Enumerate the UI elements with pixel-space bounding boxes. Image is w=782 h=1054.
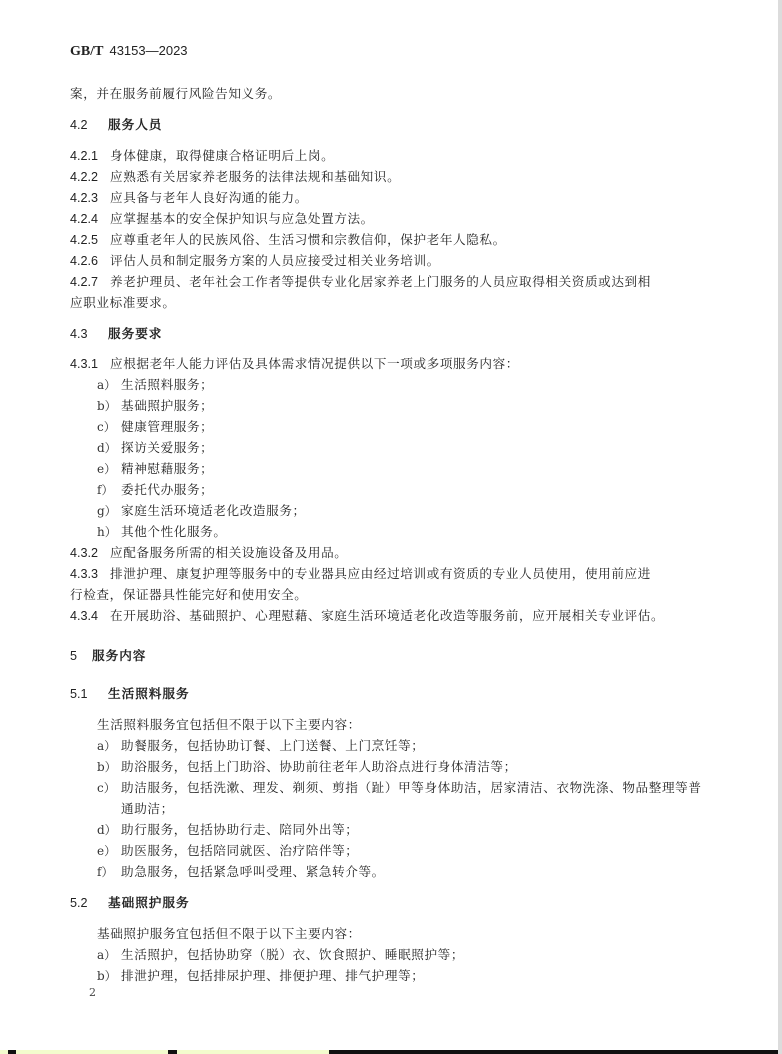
list-item-text: 家庭生活环境适老化改造服务； (121, 503, 306, 518)
list-item-text: 助浴服务，包括上门助浴、协助前往老年人助浴点进行身体清洁等； (121, 759, 517, 774)
clause-4-2-6: 4.2.6评估人员和制定服务方案的人员应接受过相关业务培训。 (70, 253, 440, 269)
bottom-strip-segment (8, 1050, 16, 1054)
list-marker: c） (97, 419, 121, 435)
clause-number: 4.2.5 (70, 232, 110, 248)
clause-4-3-3-continuation: 行检查，保证器具性能完好和使用安全。 (70, 587, 308, 603)
clause-4-3-2: 4.3.2应配备服务所需的相关设施设备及用品。 (70, 545, 348, 561)
section-number: 4.2 (70, 117, 108, 133)
list-marker: f） (97, 482, 121, 498)
list-item: c）助洁服务，包括洗漱、理发、剃须、剪指（趾）甲等身体助洁，居家清洁、衣物洗涤、… (97, 780, 702, 796)
list-marker: a） (97, 947, 121, 963)
section-title: 基础照护服务 (108, 895, 190, 910)
section-5-1-intro: 生活照料服务宜包括但不限于以下主要内容： (97, 717, 361, 733)
clause-number: 4.2.7 (70, 274, 110, 290)
list-marker: d） (97, 440, 121, 456)
bottom-strip-segment (168, 1050, 177, 1054)
chapter-title: 服务内容 (92, 648, 146, 663)
clause-text: 应根据老年人能力评估及具体需求情况提供以下一项或多项服务内容： (110, 356, 519, 371)
list-item: b）排泄护理，包括排尿护理、排便护理、排气护理等； (97, 968, 424, 984)
list-item-text: 助医服务，包括陪同就医、治疗陪伴等； (121, 843, 359, 858)
clause-text: 在开展助浴、基础照护、心理慰藉、家庭生活环境适老化改造等服务前，应开展相关专业评… (110, 608, 664, 623)
document-page: GB/T43153—2023 案，并在服务前履行风险告知义务。 4.2服务人员 … (0, 0, 778, 1054)
list-marker: b） (97, 759, 121, 775)
list-item-text: 委托代办服务； (121, 482, 213, 497)
list-marker: c） (97, 780, 121, 796)
section-heading-5-2: 5.2基础照护服务 (70, 895, 190, 911)
list-item-text: 基础照护服务； (121, 398, 213, 413)
section-title: 服务要求 (108, 326, 162, 341)
clause-4-2-7-continuation: 应职业标准要求。 (70, 295, 176, 311)
bottom-strip-segment (0, 1050, 8, 1054)
list-marker: d） (97, 822, 121, 838)
list-item: a）助餐服务，包括协助订餐、上门送餐、上门烹饪等； (97, 738, 424, 754)
clause-text: 应具备与老年人良好沟通的能力。 (110, 190, 308, 205)
list-item-text: 生活照料服务； (121, 377, 213, 392)
clause-text: 养老护理员、老年社会工作者等提供专业化居家养老上门服务的人员应取得相关资质或达到… (110, 274, 651, 289)
section-number: 5.1 (70, 686, 108, 702)
clause-4-2-2: 4.2.2应熟悉有关居家养老服务的法律法规和基础知识。 (70, 169, 400, 185)
clause-number: 4.2.2 (70, 169, 110, 185)
list-item: e）助医服务，包括陪同就医、治疗陪伴等； (97, 843, 359, 859)
clause-text: 排泄护理、康复护理等服务中的专业器具应由经过培训或有资质的专业人员使用，使用前应… (110, 566, 651, 581)
clause-4-2-4: 4.2.4应掌握基本的安全保护知识与应急处置方法。 (70, 211, 374, 227)
list-item-text: 探访关爱服务； (121, 440, 213, 455)
list-item: h）其他个性化服务。 (97, 524, 227, 540)
section-heading-4-2: 4.2服务人员 (70, 117, 162, 133)
clause-4-2-1: 4.2.1身体健康，取得健康合格证明后上岗。 (70, 148, 334, 164)
list-item-text: 助餐服务，包括协助订餐、上门送餐、上门烹饪等； (121, 738, 424, 753)
clause-4-3-4: 4.3.4在开展助浴、基础照护、心理慰藉、家庭生活环境适老化改造等服务前，应开展… (70, 608, 664, 624)
clause-number: 4.3.4 (70, 608, 110, 624)
section-title: 服务人员 (108, 117, 162, 132)
list-marker: a） (97, 738, 121, 754)
chapter-number: 5 (70, 648, 92, 664)
clause-number: 4.3.1 (70, 356, 110, 372)
clause-number: 4.3.3 (70, 566, 110, 582)
section-number: 4.3 (70, 326, 108, 342)
clause-number: 4.2.4 (70, 211, 110, 227)
clause-4-2-7: 4.2.7养老护理员、老年社会工作者等提供专业化居家养老上门服务的人员应取得相关… (70, 274, 651, 290)
clause-number: 4.2.3 (70, 190, 110, 206)
list-marker: e） (97, 461, 121, 477)
clause-number: 4.2.6 (70, 253, 110, 269)
clause-text: 应掌握基本的安全保护知识与应急处置方法。 (110, 211, 374, 226)
bottom-edge-strip (0, 1050, 778, 1054)
list-item: f）委托代办服务； (97, 482, 213, 498)
list-item: c）健康管理服务； (97, 419, 213, 435)
list-item: d）助行服务，包括协助行走、陪同外出等； (97, 822, 359, 838)
list-item: b）基础照护服务； (97, 398, 213, 414)
list-item: f）助急服务，包括紧急呼叫受理、紧急转介等。 (97, 864, 385, 880)
list-item: g）家庭生活环境适老化改造服务； (97, 503, 306, 519)
clause-text: 应尊重老年人的民族风俗、生活习惯和宗教信仰，保护老年人隐私。 (110, 232, 506, 247)
list-item-text: 健康管理服务； (121, 419, 213, 434)
list-item-text: 助急服务，包括紧急呼叫受理、紧急转介等。 (121, 864, 385, 879)
bottom-strip-segment (329, 1050, 778, 1054)
list-marker: e） (97, 843, 121, 859)
list-item-text: 其他个性化服务。 (121, 524, 227, 539)
list-item-text: 助洁服务，包括洗漱、理发、剃须、剪指（趾）甲等身体助洁，居家清洁、衣物洗涤、物品… (121, 780, 702, 795)
list-marker: h） (97, 524, 121, 540)
page-number: 2 (89, 986, 96, 999)
continuation-paragraph: 案，并在服务前履行风险告知义务。 (70, 86, 281, 102)
list-item: b）助浴服务，包括上门助浴、协助前往老年人助浴点进行身体清洁等； (97, 759, 517, 775)
list-item-text: 精神慰藉服务； (121, 461, 213, 476)
standard-prefix: GB/T (70, 44, 103, 59)
section-heading-5-1: 5.1生活照料服务 (70, 686, 190, 702)
standard-code-header: GB/T43153—2023 (70, 43, 188, 60)
clause-4-3-1: 4.3.1应根据老年人能力评估及具体需求情况提供以下一项或多项服务内容： (70, 356, 519, 372)
clause-text: 应熟悉有关居家养老服务的法律法规和基础知识。 (110, 169, 400, 184)
clause-number: 4.3.2 (70, 545, 110, 561)
list-item: d）探访关爱服务； (97, 440, 213, 456)
clause-text: 身体健康，取得健康合格证明后上岗。 (110, 148, 334, 163)
list-item-text: 助行服务，包括协助行走、陪同外出等； (121, 822, 359, 837)
clause-4-2-5: 4.2.5应尊重老年人的民族风俗、生活习惯和宗教信仰，保护老年人隐私。 (70, 232, 506, 248)
clause-number: 4.2.1 (70, 148, 110, 164)
section-title: 生活照料服务 (108, 686, 190, 701)
bottom-strip-segment (16, 1050, 168, 1054)
clause-text: 评估人员和制定服务方案的人员应接受过相关业务培训。 (110, 253, 440, 268)
list-marker: a） (97, 377, 121, 393)
clause-4-3-3: 4.3.3排泄护理、康复护理等服务中的专业器具应由经过培训或有资质的专业人员使用… (70, 566, 651, 582)
section-number: 5.2 (70, 895, 108, 911)
standard-number: 43153—2023 (109, 43, 187, 58)
list-item-text: 排泄护理，包括排尿护理、排便护理、排气护理等； (121, 968, 424, 983)
section-5-2-intro: 基础照护服务宜包括但不限于以下主要内容： (97, 926, 361, 942)
clause-4-2-3: 4.2.3应具备与老年人良好沟通的能力。 (70, 190, 308, 206)
bottom-strip-segment (177, 1050, 329, 1054)
list-marker: b） (97, 398, 121, 414)
list-item: a）生活照护，包括协助穿（脱）衣、饮食照护、睡眠照护等； (97, 947, 464, 963)
clause-text: 应配备服务所需的相关设施设备及用品。 (110, 545, 348, 560)
section-heading-4-3: 4.3服务要求 (70, 326, 162, 342)
list-item: a）生活照料服务； (97, 377, 213, 393)
list-marker: g） (97, 503, 121, 519)
list-marker: b） (97, 968, 121, 984)
list-item-continuation: 通助洁； (121, 801, 174, 817)
chapter-heading-5: 5服务内容 (70, 648, 146, 664)
list-item-text: 生活照护，包括协助穿（脱）衣、饮食照护、睡眠照护等； (121, 947, 464, 962)
list-item: e）精神慰藉服务； (97, 461, 213, 477)
list-marker: f） (97, 864, 121, 880)
page-right-edge (778, 0, 782, 1054)
